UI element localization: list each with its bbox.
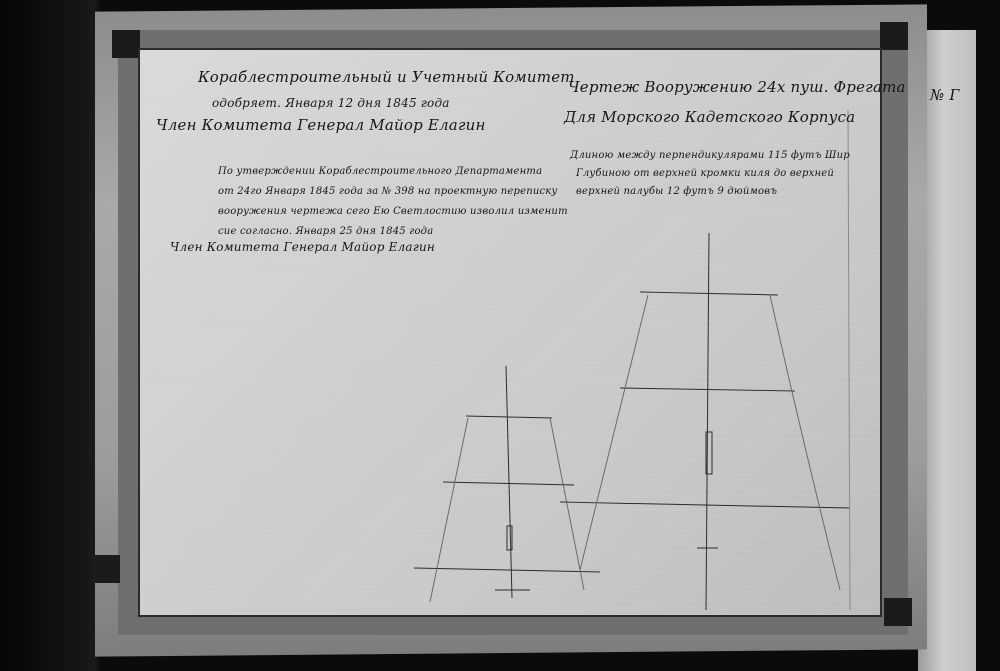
dimension-line-3: верхней палубы 12 футъ 9 дюймовъ bbox=[576, 186, 777, 197]
edge-label: № Г bbox=[930, 86, 960, 104]
approval-line-3: вооружения чертежа сего Ею Светлостию из… bbox=[218, 206, 568, 217]
approval-line-1: По утверждении Кораблестроительного Депа… bbox=[218, 166, 542, 177]
frame-clamp-bottom-right bbox=[884, 598, 912, 626]
drawing-sheet: Кораблестроительный и Учетный Комитет од… bbox=[138, 48, 882, 617]
dimension-line-2: Глубиною от верхней кромки киля до верхн… bbox=[576, 168, 834, 179]
frame-clamp-bottom-left bbox=[92, 555, 120, 583]
committee-header-line-3: Член Комитета Генерал Майор Елагин bbox=[156, 116, 486, 134]
dimension-line-1: Длиною между перпендикулярами 115 футъ Ш… bbox=[570, 150, 850, 161]
committee-header-line-1: Кораблестроительный и Учетный Комитет bbox=[198, 68, 575, 86]
frame-clamp-top-left bbox=[112, 30, 140, 58]
rigging-drawing bbox=[140, 50, 880, 615]
adjacent-sheet-strip bbox=[918, 30, 980, 671]
approval-line-4: сие согласно. Января 25 дня 1845 года bbox=[218, 226, 433, 237]
committee-header-line-2: одобряет. Января 12 дня 1845 года bbox=[212, 96, 450, 110]
frame-clamp-top-right bbox=[880, 22, 908, 50]
drawing-title-line-2: Для Морского Кадетского Корпуса bbox=[564, 108, 855, 126]
right-dark-edge bbox=[976, 0, 1000, 671]
drawing-title-line-1: Чертеж Вооружению 24х пуш. Фрегата bbox=[568, 78, 906, 96]
approval-line-2: от 24го Января 1845 года за № 398 на про… bbox=[218, 186, 557, 197]
approval-signature: Член Комитета Генерал Майор Елагин bbox=[170, 240, 435, 254]
